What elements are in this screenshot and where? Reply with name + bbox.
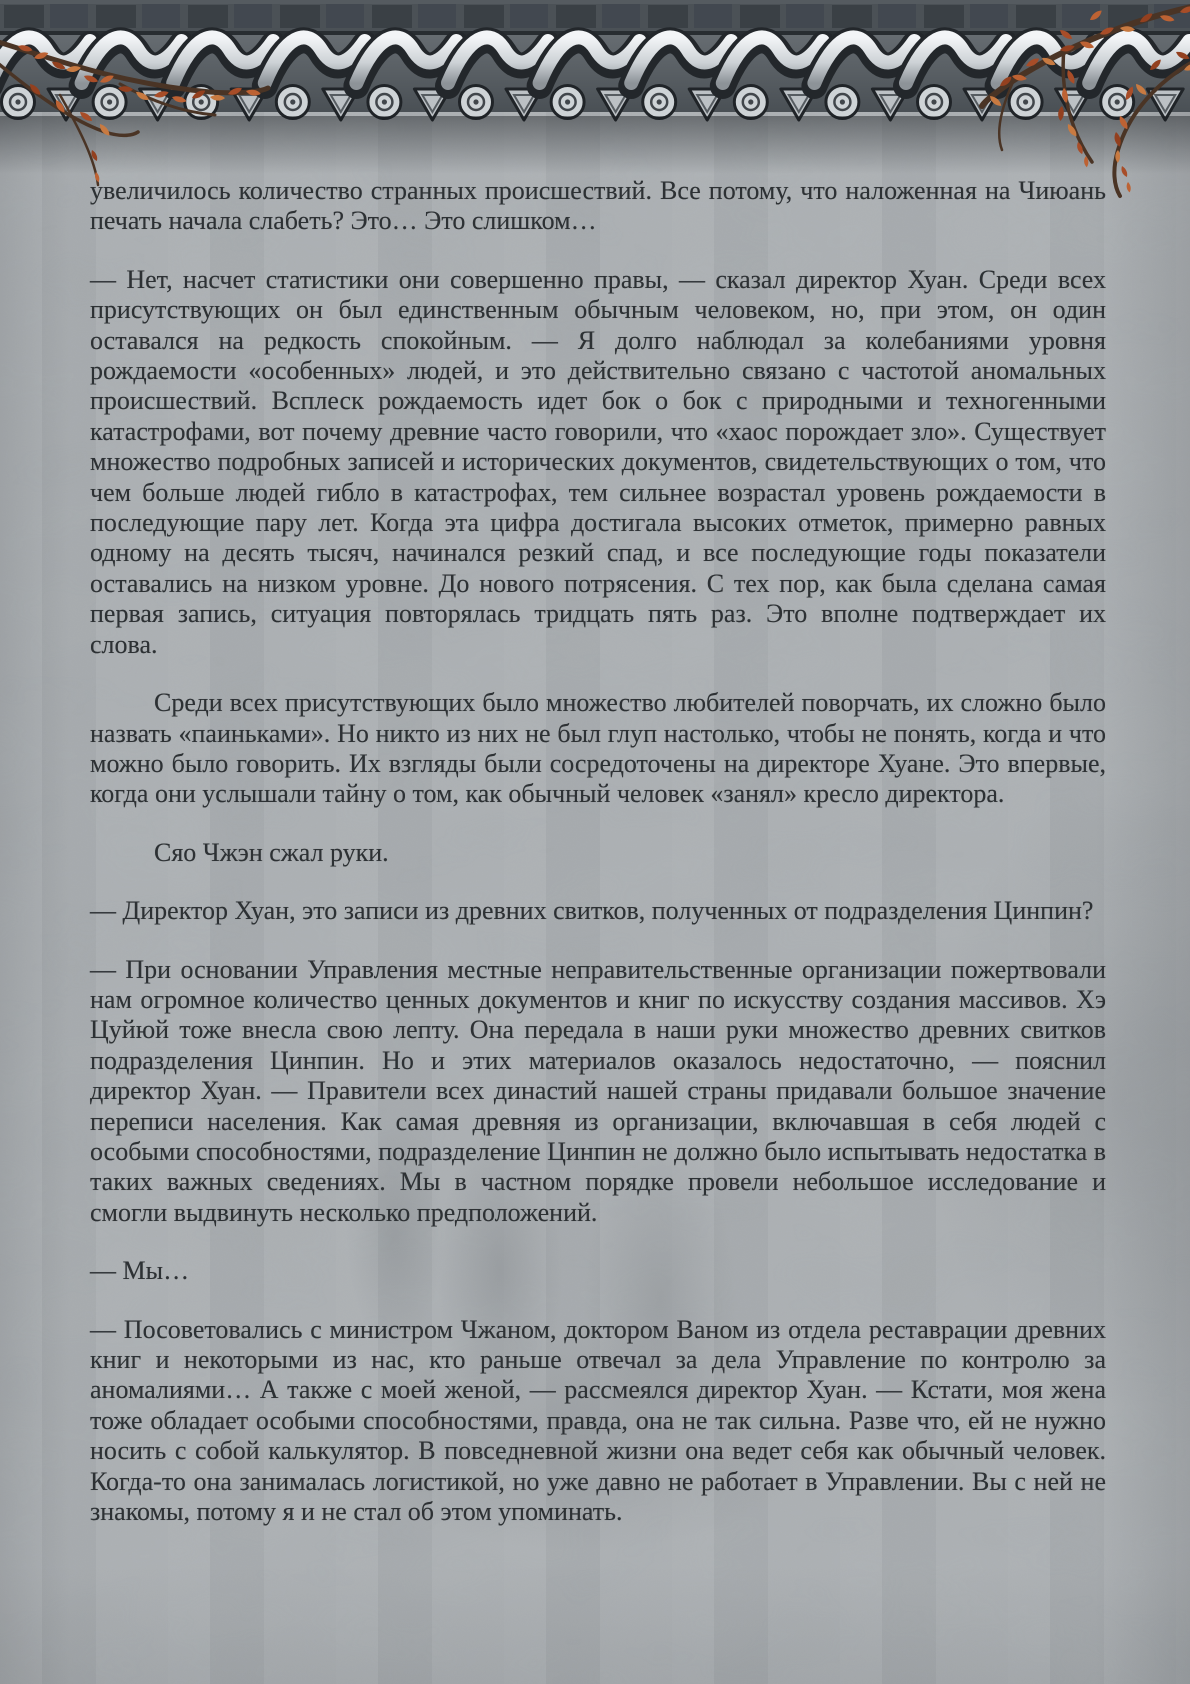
paragraph-2: — Нет, насчет статистики они совершенно …	[90, 265, 1106, 660]
paragraph-8: — Посоветовались с министром Чжаном, док…	[90, 1315, 1106, 1528]
paragraph-6: — При основании Управления местные непра…	[90, 955, 1106, 1229]
left-branch-art	[0, 40, 268, 185]
paragraph-4: Сяо Чжэн сжал руки.	[90, 838, 1106, 868]
right-branch-art	[982, 5, 1190, 196]
page-text: увеличилось количество странных происшес…	[90, 176, 1106, 1555]
paragraph-5: — Директор Хуан, это записи из древних с…	[90, 896, 1106, 926]
roof-tiles	[0, 0, 1190, 174]
paragraph-7: — Мы…	[90, 1256, 1106, 1286]
paragraph-1: увеличилось количество странных происшес…	[90, 176, 1106, 237]
paragraph-3: Среди всех присутствующих было множество…	[90, 688, 1106, 810]
